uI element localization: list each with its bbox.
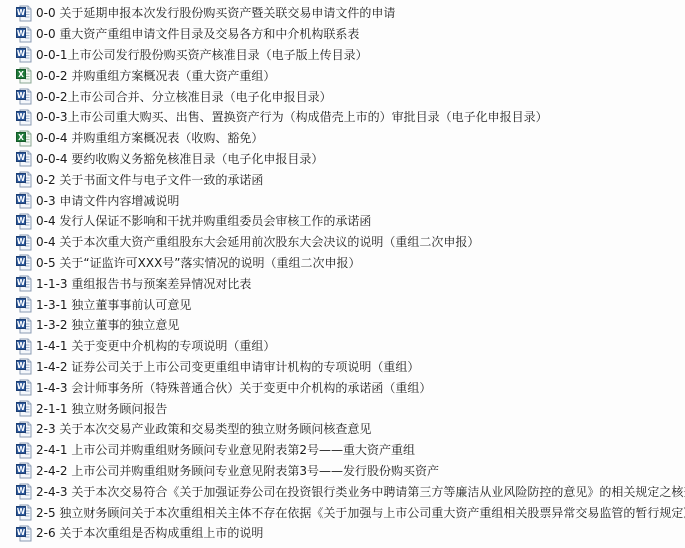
svg-text:W: W [17, 382, 26, 391]
svg-text:W: W [17, 320, 26, 329]
word-doc-icon: W [16, 483, 33, 500]
svg-text:X: X [18, 70, 24, 79]
svg-text:W: W [17, 91, 26, 100]
file-list-item[interactable]: W 0-4 关于本次重大资产重组股东大会延用前次股东大会决议的说明（重组二次申报… [0, 232, 685, 253]
file-name: 1-4-3 会计师事务所（特殊普通合伙）关于变更中介机构的承诺函（重组） [36, 378, 431, 398]
word-doc-icon: W [16, 213, 33, 230]
file-list-item[interactable]: W 1-4-2 证券公司关于上市公司变更重组申请审计机构的专项说明（重组） [0, 357, 685, 378]
file-name: 1-3-2 独立董事的独立意见 [36, 315, 179, 335]
svg-text:W: W [17, 195, 26, 204]
word-doc-icon: W [16, 400, 33, 417]
svg-text:W: W [17, 174, 26, 183]
file-list-item[interactable]: W 0-4 发行人保证不影响和干扰并购重组委员会审核工作的承诺函 [0, 211, 685, 232]
file-name: 2-4-2 上市公司并购重组财务顾问专业意见附表第3号——发行股份购买资产 [36, 461, 439, 481]
word-doc-icon: W [16, 358, 33, 375]
file-list-item[interactable]: W 2-4-2 上市公司并购重组财务顾问专业意见附表第3号——发行股份购买资产 [0, 461, 685, 482]
svg-text:W: W [17, 445, 26, 454]
excel-sheet-icon: X [16, 130, 33, 147]
word-doc-icon: W [16, 317, 33, 334]
word-doc-icon: W [16, 525, 33, 542]
word-doc-icon: W [16, 88, 33, 105]
svg-text:W: W [17, 486, 26, 495]
svg-text:W: W [17, 424, 26, 433]
file-list-item[interactable]: W 2-3 关于本次交易产业政策和交易类型的独立财务顾问核查意见 [0, 419, 685, 440]
file-list-item[interactable]: W 2-4-1 上市公司并购重组财务顾问专业意见附表第2号——重大资产重组 [0, 440, 685, 461]
file-list-item[interactable]: X 0-0-2 并购重组方案概况表（重大资产重组） [0, 65, 685, 86]
svg-text:W: W [17, 29, 26, 38]
word-doc-icon: W [16, 296, 33, 313]
file-list-item[interactable]: W 2-4-3 关于本次交易符合《关于加强证券公司在投资银行类业务中聘请第三方等… [0, 481, 685, 502]
file-list-item[interactable]: W 1-4-1 关于变更中介机构的专项说明（重组） [0, 336, 685, 357]
file-name: 1-4-1 关于变更中介机构的专项说明（重组） [36, 336, 275, 356]
file-list: W 0-0 关于延期申报本次发行股份购买资产暨关联交易申请文件的申请 W 0-0… [0, 3, 685, 544]
file-name: 2-6 关于本次重组是否构成重组上市的说明 [36, 523, 263, 543]
file-name: 1-3-1 独立董事事前认可意见 [36, 295, 191, 315]
svg-text:X: X [18, 133, 24, 142]
file-list-item[interactable]: W 0-3 申请文件内容增减说明 [0, 190, 685, 211]
file-name: 1-1-3 重组报告书与预案差异情况对比表 [36, 274, 251, 294]
svg-text:W: W [17, 153, 26, 162]
file-name: 0-4 关于本次重大资产重组股东大会延用前次股东大会决议的说明（重组二次申报） [36, 232, 479, 252]
file-name: 0-0-2上市公司合并、分立核准目录（电子化申报目录） [36, 87, 332, 107]
file-name: 0-2 关于书面文件与电子文件一致的承诺函 [36, 170, 263, 190]
file-list-item[interactable]: W 1-3-2 独立董事的独立意见 [0, 315, 685, 336]
word-doc-icon: W [16, 46, 33, 63]
svg-text:W: W [17, 403, 26, 412]
file-name: 2-1-1 独立财务顾问报告 [36, 399, 167, 419]
excel-sheet-icon: X [16, 67, 33, 84]
svg-text:W: W [17, 216, 26, 225]
file-list-item[interactable]: X 0-0-4 并购重组方案概况表（收购、豁免） [0, 128, 685, 149]
file-name: 0-0-1上市公司发行股份购买资产核准目录（电子版上传目录） [36, 45, 368, 65]
file-list-item[interactable]: W 0-0 重大资产重组申请文件目录及交易各方和中介机构联系表 [0, 24, 685, 45]
word-doc-icon: W [16, 275, 33, 292]
file-list-item[interactable]: W 1-1-3 重组报告书与预案差异情况对比表 [0, 273, 685, 294]
file-list-item[interactable]: W 0-5 关于“证监许可XXX号”落实情况的说明（重组二次申报） [0, 253, 685, 274]
word-doc-icon: W [16, 234, 33, 251]
file-list-item[interactable]: W 2-6 关于本次重组是否构成重组上市的说明 [0, 523, 685, 544]
file-list-item[interactable]: W 1-3-1 独立董事事前认可意见 [0, 294, 685, 315]
file-list-item[interactable]: W 2-5 独立财务顾问关于本次重组相关主体不存在依据《关于加强与上市公司重大资… [0, 502, 685, 523]
svg-text:W: W [17, 528, 26, 537]
svg-text:W: W [17, 112, 26, 121]
word-doc-icon: W [16, 421, 33, 438]
file-list-item[interactable]: W 0-0-2上市公司合并、分立核准目录（电子化申报目录） [0, 86, 685, 107]
word-doc-icon: W [16, 150, 33, 167]
file-name: 0-4 发行人保证不影响和干扰并购重组委员会审核工作的承诺函 [36, 211, 371, 231]
file-list-item[interactable]: W 0-0-4 要约收购义务豁免核准目录（电子化申报目录） [0, 149, 685, 170]
file-name: 1-4-2 证券公司关于上市公司变更重组申请审计机构的专项说明（重组） [36, 357, 419, 377]
word-doc-icon: W [16, 5, 33, 22]
file-list-item[interactable]: W 1-4-3 会计师事务所（特殊普通合伙）关于变更中介机构的承诺函（重组） [0, 377, 685, 398]
file-name: 2-5 独立财务顾问关于本次重组相关主体不存在依据《关于加强与上市公司重大资产重… [36, 503, 685, 523]
file-list-item[interactable]: W 0-0-3上市公司重大购买、出售、置换资产行为（构成借壳上市的）审批目录（电… [0, 107, 685, 128]
file-list-item[interactable]: W 0-2 关于书面文件与电子文件一致的承诺函 [0, 169, 685, 190]
file-list-item[interactable]: W 0-0 关于延期申报本次发行股份购买资产暨关联交易申请文件的申请 [0, 3, 685, 24]
file-list-item[interactable]: W 0-0-1上市公司发行股份购买资产核准目录（电子版上传目录） [0, 45, 685, 66]
svg-text:W: W [17, 257, 26, 266]
svg-text:W: W [17, 237, 26, 246]
svg-text:W: W [17, 299, 26, 308]
svg-text:W: W [17, 465, 26, 474]
svg-text:W: W [17, 361, 26, 370]
svg-text:W: W [17, 278, 26, 287]
svg-text:W: W [17, 507, 26, 516]
file-name: 0-0 关于延期申报本次发行股份购买资产暨关联交易申请文件的申请 [36, 3, 395, 23]
file-name: 2-4-3 关于本次交易符合《关于加强证券公司在投资银行类业务中聘请第三方等廉洁… [36, 482, 685, 502]
word-doc-icon: W [16, 254, 33, 271]
file-name: 0-0 重大资产重组申请文件目录及交易各方和中介机构联系表 [36, 24, 359, 44]
file-name: 2-3 关于本次交易产业政策和交易类型的独立财务顾问核查意见 [36, 419, 371, 439]
file-name: 0-0-4 并购重组方案概况表（收购、豁免） [36, 128, 263, 148]
word-doc-icon: W [16, 379, 33, 396]
svg-text:W: W [17, 8, 26, 17]
word-doc-icon: W [16, 109, 33, 126]
word-doc-icon: W [16, 442, 33, 459]
svg-text:W: W [17, 341, 26, 350]
word-doc-icon: W [16, 26, 33, 43]
file-name: 2-4-1 上市公司并购重组财务顾问专业意见附表第2号——重大资产重组 [36, 440, 415, 460]
word-doc-icon: W [16, 171, 33, 188]
word-doc-icon: W [16, 462, 33, 479]
svg-text:W: W [17, 49, 26, 58]
word-doc-icon: W [16, 192, 33, 209]
word-doc-icon: W [16, 338, 33, 355]
file-name: 0-3 申请文件内容增减说明 [36, 191, 179, 211]
file-name: 0-0-4 要约收购义务豁免核准目录（电子化申报目录） [36, 149, 323, 169]
word-doc-icon: W [16, 504, 33, 521]
file-list-item[interactable]: W 2-1-1 独立财务顾问报告 [0, 398, 685, 419]
file-name: 0-0-2 并购重组方案概况表（重大资产重组） [36, 66, 275, 86]
file-name: 0-0-3上市公司重大购买、出售、置换资产行为（构成借壳上市的）审批目录（电子化… [36, 107, 548, 127]
file-name: 0-5 关于“证监许可XXX号”落实情况的说明（重组二次申报） [36, 253, 361, 273]
